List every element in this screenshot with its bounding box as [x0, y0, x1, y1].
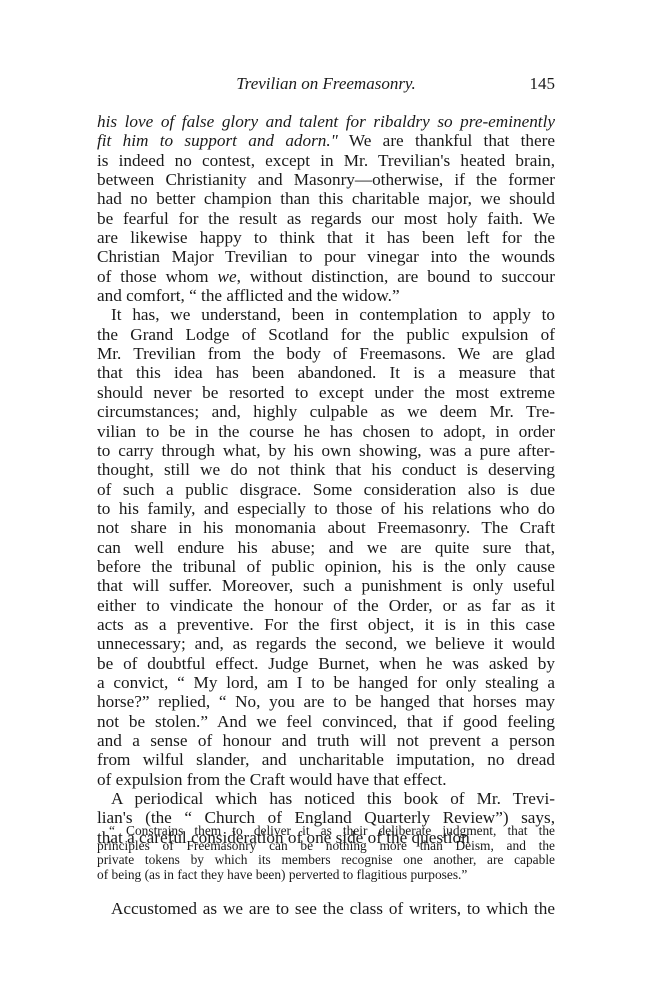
- text-line: that this idea has been abandoned. It is…: [97, 363, 555, 382]
- text-line: between Christianity and Masonry—otherwi…: [97, 170, 555, 189]
- text-line: vilian to be in the course he has chosen…: [97, 422, 555, 441]
- book-page: Trevilian on Freemasonry. 145 his love o…: [0, 0, 660, 998]
- text-span: We are thankful that there: [338, 131, 555, 150]
- text-line: and comfort, “ the afflicted and the wid…: [97, 286, 555, 305]
- text-line: horse?” replied, “ No, you are to be han…: [97, 692, 555, 711]
- quote-line: principles of Freemasonry can be nothing…: [97, 839, 555, 854]
- text-line: from wilful slander, and uncharitable im…: [97, 750, 555, 769]
- running-title: Trevilian on Freemasonry.: [97, 74, 555, 94]
- text-line: Mr. Trevilian from the body of Freemason…: [97, 344, 555, 363]
- text-line: are likewise happy to think that it has …: [97, 228, 555, 247]
- text-line: to carry through what, by his own showin…: [97, 441, 555, 460]
- text-line: and a sense of honour and truth will not…: [97, 731, 555, 750]
- paragraph-start: It has, we understand, been in contempla…: [97, 305, 555, 324]
- block-quote: “ Constrains them to deliver it as their…: [97, 824, 555, 882]
- quote-line: “ Constrains them to deliver it as their…: [97, 824, 555, 839]
- text-line: be fearful for the result as regards our…: [97, 209, 555, 228]
- page-header: Trevilian on Freemasonry. 145: [97, 74, 555, 96]
- text-line: had no better champion than this charita…: [97, 189, 555, 208]
- text-line: that will suffer. Moreover, such a punis…: [97, 576, 555, 595]
- continuation-paragraph: Accustomed as we are to see the class of…: [97, 899, 555, 918]
- text-line: acts as a preventive. For the first obje…: [97, 615, 555, 634]
- text-line: be of doubtful effect. Judge Burnet, whe…: [97, 654, 555, 673]
- text-line: to his family, and especially to those o…: [97, 499, 555, 518]
- text-span: of those whom: [97, 267, 218, 286]
- text-line: unnecessary; and, as regards the second,…: [97, 634, 555, 653]
- text-line: can well endure his abuse; and we are qu…: [97, 538, 555, 557]
- italic-word: we: [218, 267, 237, 286]
- text-line: of such a public disgrace. Some consider…: [97, 480, 555, 499]
- text-line: a convict, “ My lord, am I to be hanged …: [97, 673, 555, 692]
- text-line: thought, still we do not think that his …: [97, 460, 555, 479]
- text-line: the Grand Lodge of Scotland for the publ…: [97, 325, 555, 344]
- text-span: , without distinction, are bound to succ…: [237, 267, 555, 286]
- text-line: is indeed no contest, except in Mr. Trev…: [97, 151, 555, 170]
- body-text: his love of false glory and talent for r…: [97, 112, 555, 847]
- text-line: not be stolen.” And we feel convinced, t…: [97, 712, 555, 731]
- text-line: of expulsion from the Craft would have t…: [97, 770, 555, 789]
- italic-quote: fit him to support and adorn.": [97, 131, 338, 150]
- quote-line: of being (as in fact they have been) per…: [97, 868, 555, 883]
- text-line: circumstances; and, highly culpable as w…: [97, 402, 555, 421]
- paragraph-start: Accustomed as we are to see the class of…: [97, 899, 555, 918]
- text-line: before the tribunal of public opinion, h…: [97, 557, 555, 576]
- text-line: fit him to support and adorn." We are th…: [97, 131, 555, 150]
- paragraph-start: A periodical which has noticed this book…: [97, 789, 555, 808]
- text-line: either to vindicate the honour of the Or…: [97, 596, 555, 615]
- text-line: should never be resorted to except under…: [97, 383, 555, 402]
- text-line: Christian Major Trevilian to pour vinega…: [97, 247, 555, 266]
- text-line: not share in his monomania about Freemas…: [97, 518, 555, 537]
- text-line: his love of false glory and talent for r…: [97, 112, 555, 131]
- page-number: 145: [530, 74, 556, 94]
- quote-line: private tokens by which its members reco…: [97, 853, 555, 868]
- text-line: of those whom we, without distinction, a…: [97, 267, 555, 286]
